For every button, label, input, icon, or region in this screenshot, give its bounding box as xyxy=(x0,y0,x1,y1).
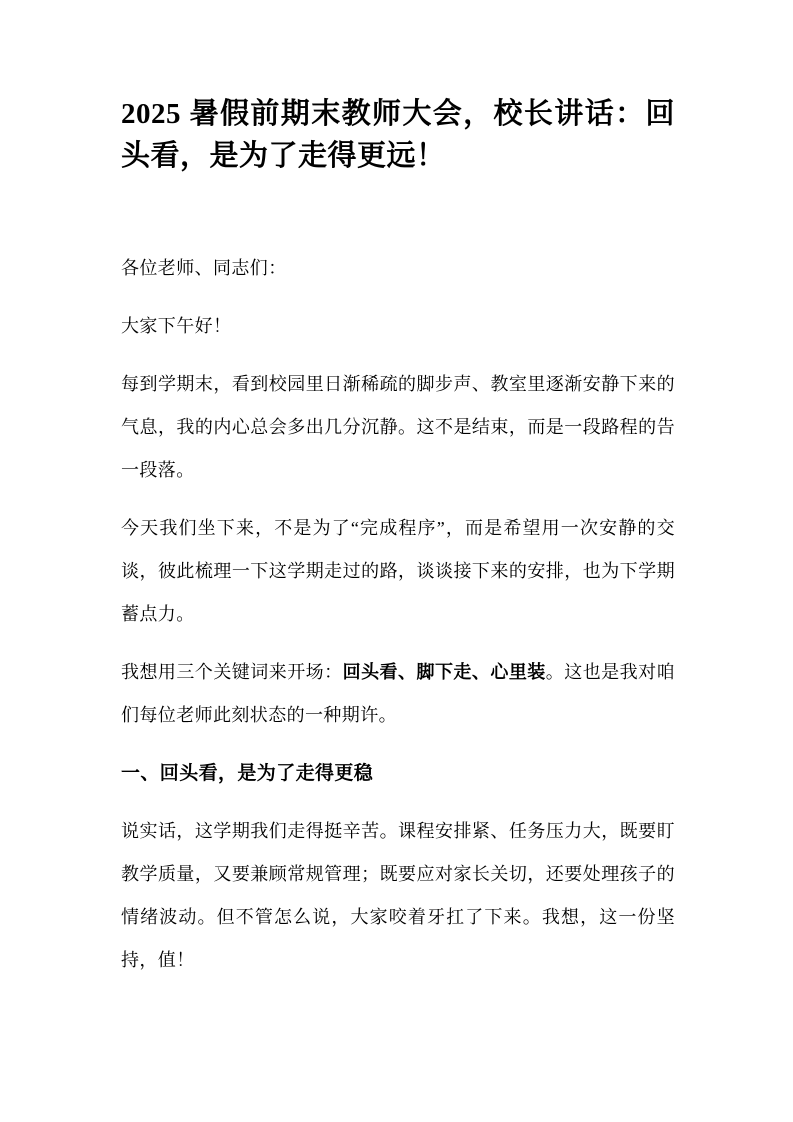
salutation-line: 各位老师、同志们： xyxy=(121,247,675,290)
paragraph-term-end-reflection: 每到学期末，看到校园里日渐稀疏的脚步声、教室里逐渐安静下来的气息，我的内心总会多… xyxy=(121,363,675,492)
greeting-line: 大家下午好！ xyxy=(121,305,675,348)
keywords-prefix: 我想用三个关键词来开场： xyxy=(121,662,343,682)
keywords-bold-text: 回头看、脚下走、心里装 xyxy=(343,662,546,682)
document-title: 2025 暑假前期末教师大会，校长讲话：回头看，是为了走得更远！ xyxy=(121,93,675,177)
paragraph-meeting-purpose: 今天我们坐下来，不是为了“完成程序”，而是希望用一次安静的交谈，彼此梳理一下这学… xyxy=(121,507,675,636)
section-1-heading: 一、回头看，是为了走得更稳 xyxy=(121,752,675,795)
document-page: 2025 暑假前期末教师大会，校长讲话：回头看，是为了走得更远！ 各位老师、同志… xyxy=(0,0,793,1122)
paragraph-section-1-body: 说实话，这学期我们走得挺辛苦。课程安排紧、任务压力大，既要盯教学质量，又要兼顾常… xyxy=(121,810,675,982)
paragraph-three-keywords: 我想用三个关键词来开场：回头看、脚下走、心里装。这也是我对咱们每位老师此刻状态的… xyxy=(121,651,675,737)
